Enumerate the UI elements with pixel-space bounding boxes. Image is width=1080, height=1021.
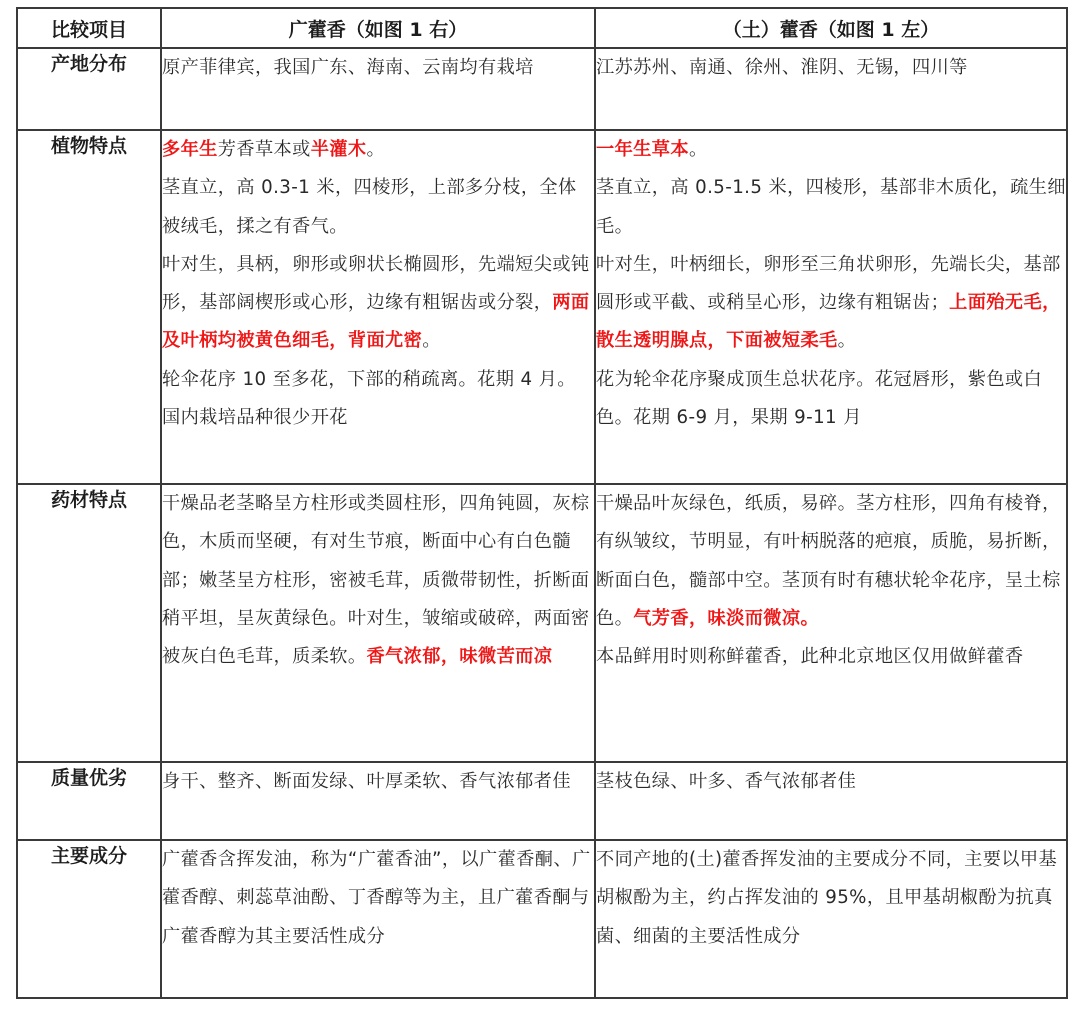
cell-paragraph: 叶对生，具柄，卵形或卵状长椭圆形，先端短尖或钝形，基部阔楔形或心形，边缘有粗锯齿…: [162, 246, 594, 361]
cell-tuhuoxiang: 干燥品叶灰绿色，纸质，易碎。茎方柱形，四角有棱脊，有纵皱纹，节明显，有叶柄脱落的…: [595, 484, 1067, 762]
cell-text: 。: [366, 139, 385, 160]
cell-paragraph: 干燥品叶灰绿色，纸质，易碎。茎方柱形，四角有棱脊，有纵皱纹，节明显，有叶柄脱落的…: [596, 485, 1066, 638]
cell-paragraph: 本品鲜用时则称鲜藿香，此种北京地区仅用做鲜藿香: [596, 638, 1066, 676]
header-guanghuoxiang: 广藿香（如图 1 右）: [161, 8, 595, 48]
cell-text: 。: [422, 330, 441, 351]
cell-guanghuoxiang: 多年生芳香草本或半灌木。茎直立，高 0.3-1 米，四棱形，上部多分枝，全体被绒…: [161, 130, 595, 484]
cell-text: 广藿香含挥发油，称为“广藿香油”，以广藿香酮、广藿香醇、刺蕊草油酚、丁香醇等为主…: [162, 849, 591, 947]
cell-guanghuoxiang: 干燥品老茎略呈方柱形或类圆柱形，四角钝圆，灰棕色，木质而坚硬，有对生节痕，断面中…: [161, 484, 595, 762]
cell-text: 不同产地的(土)藿香挥发油的主要成分不同，主要以甲基胡椒酚为主，约占挥发油的 9…: [596, 849, 1057, 947]
cell-paragraph: 茎枝色绿、叶多、香气浓郁者佳: [596, 763, 1066, 801]
table-row-main-components: 主要成分 广藿香含挥发油，称为“广藿香油”，以广藿香酮、广藿香醇、刺蕊草油酚、丁…: [17, 840, 1067, 998]
cell-guanghuoxiang: 广藿香含挥发油，称为“广藿香油”，以广藿香酮、广藿香醇、刺蕊草油酚、丁香醇等为主…: [161, 840, 595, 998]
header-item: 比较项目: [17, 8, 161, 48]
cell-paragraph: 叶对生，叶柄细长，卵形至三角状卵形，先端长尖，基部圆形或平截、或稍呈心形，边缘有…: [596, 246, 1066, 361]
cell-guanghuoxiang: 原产菲律宾，我国广东、海南、云南均有栽培: [161, 48, 595, 130]
cell-paragraph: 广藿香含挥发油，称为“广藿香油”，以广藿香酮、广藿香醇、刺蕊草油酚、丁香醇等为主…: [162, 841, 594, 956]
row-label: 植物特点: [17, 130, 161, 484]
table-row-quality: 质量优劣 身干、整齐、断面发绿、叶厚柔软、香气浓郁者佳 茎枝色绿、叶多、香气浓郁…: [17, 762, 1067, 840]
cell-paragraph: 干燥品老茎略呈方柱形或类圆柱形，四角钝圆，灰棕色，木质而坚硬，有对生节痕，断面中…: [162, 485, 594, 676]
cell-paragraph: 轮伞花序 10 至多花，下部的稍疏离。花期 4 月。国内栽培品种很少开花: [162, 361, 594, 438]
comparison-table: 比较项目 广藿香（如图 1 右） （土）藿香（如图 1 左） 产地分布 原产菲律…: [16, 7, 1068, 999]
cell-text: 本品鲜用时则称鲜藿香，此种北京地区仅用做鲜藿香: [596, 646, 1024, 667]
cell-text: 茎直立，高 0.3-1 米，四棱形，上部多分枝，全体被绒毛，揉之有香气。: [162, 177, 577, 236]
cell-tuhuoxiang: 不同产地的(土)藿香挥发油的主要成分不同，主要以甲基胡椒酚为主，约占挥发油的 9…: [595, 840, 1067, 998]
cell-tuhuoxiang: 一年生草本。茎直立，高 0.5-1.5 米，四棱形，基部非木质化，疏生细毛。叶对…: [595, 130, 1067, 484]
cell-text: 身干、整齐、断面发绿、叶厚柔软、香气浓郁者佳: [162, 771, 571, 792]
highlighted-text: 多年生: [162, 139, 218, 160]
cell-text: 。: [838, 330, 857, 351]
cell-text: 江苏苏州、南通、徐州、淮阴、无锡，四川等: [596, 57, 968, 78]
cell-paragraph: 一年生草本。: [596, 131, 1066, 169]
cell-text: 花为轮伞花序聚成顶生总状花序。花冠唇形，紫色或白色。花期 6-9 月，果期 9-…: [596, 369, 1042, 428]
cell-text: 干燥品老茎略呈方柱形或类圆柱形，四角钝圆，灰棕色，木质而坚硬，有对生节痕，断面中…: [162, 493, 590, 667]
header-tuhuoxiang: （土）藿香（如图 1 左）: [595, 8, 1067, 48]
cell-paragraph: 江苏苏州、南通、徐州、淮阴、无锡，四川等: [596, 49, 1066, 87]
cell-tuhuoxiang: 江苏苏州、南通、徐州、淮阴、无锡，四川等: [595, 48, 1067, 130]
cell-guanghuoxiang: 身干、整齐、断面发绿、叶厚柔软、香气浓郁者佳: [161, 762, 595, 840]
cell-paragraph: 多年生芳香草本或半灌木。: [162, 131, 594, 169]
highlighted-text: 气芳香，味淡而微凉。: [633, 608, 819, 629]
cell-paragraph: 不同产地的(土)藿香挥发油的主要成分不同，主要以甲基胡椒酚为主，约占挥发油的 9…: [596, 841, 1066, 956]
highlighted-text: 半灌木: [311, 139, 367, 160]
cell-text: 芳香草本或: [218, 139, 311, 160]
cell-text: 茎直立，高 0.5-1.5 米，四棱形，基部非木质化，疏生细毛。: [596, 177, 1066, 236]
table-row-origin: 产地分布 原产菲律宾，我国广东、海南、云南均有栽培 江苏苏州、南通、徐州、淮阴、…: [17, 48, 1067, 130]
cell-tuhuoxiang: 茎枝色绿、叶多、香气浓郁者佳: [595, 762, 1067, 840]
cell-paragraph: 身干、整齐、断面发绿、叶厚柔软、香气浓郁者佳: [162, 763, 594, 801]
cell-paragraph: 茎直立，高 0.5-1.5 米，四棱形，基部非木质化，疏生细毛。: [596, 169, 1066, 246]
cell-paragraph: 原产菲律宾，我国广东、海南、云南均有栽培: [162, 49, 594, 87]
row-label: 产地分布: [17, 48, 161, 130]
cell-text: 原产菲律宾，我国广东、海南、云南均有栽培: [162, 57, 534, 78]
cell-text: 轮伞花序 10 至多花，下部的稍疏离。花期 4 月。国内栽培品种很少开花: [162, 369, 576, 428]
cell-paragraph: 花为轮伞花序聚成顶生总状花序。花冠唇形，紫色或白色。花期 6-9 月，果期 9-…: [596, 361, 1066, 438]
table-row-herb-features: 药材特点 干燥品老茎略呈方柱形或类圆柱形，四角钝圆，灰棕色，木质而坚硬，有对生节…: [17, 484, 1067, 762]
highlighted-text: 一年生草本: [596, 139, 689, 160]
cell-text: 。: [689, 139, 708, 160]
row-label: 药材特点: [17, 484, 161, 762]
table-row-plant-features: 植物特点 多年生芳香草本或半灌木。茎直立，高 0.3-1 米，四棱形，上部多分枝…: [17, 130, 1067, 484]
cell-text: 茎枝色绿、叶多、香气浓郁者佳: [596, 771, 856, 792]
cell-paragraph: 茎直立，高 0.3-1 米，四棱形，上部多分枝，全体被绒毛，揉之有香气。: [162, 169, 594, 246]
cell-text: 叶对生，具柄，卵形或卵状长椭圆形，先端短尖或钝形，基部阔楔形或心形，边缘有粗锯齿…: [162, 254, 590, 313]
highlighted-text: 香气浓郁，味微苦而凉: [366, 646, 552, 667]
header-row: 比较项目 广藿香（如图 1 右） （土）藿香（如图 1 左）: [17, 8, 1067, 48]
row-label: 主要成分: [17, 840, 161, 998]
row-label: 质量优劣: [17, 762, 161, 840]
